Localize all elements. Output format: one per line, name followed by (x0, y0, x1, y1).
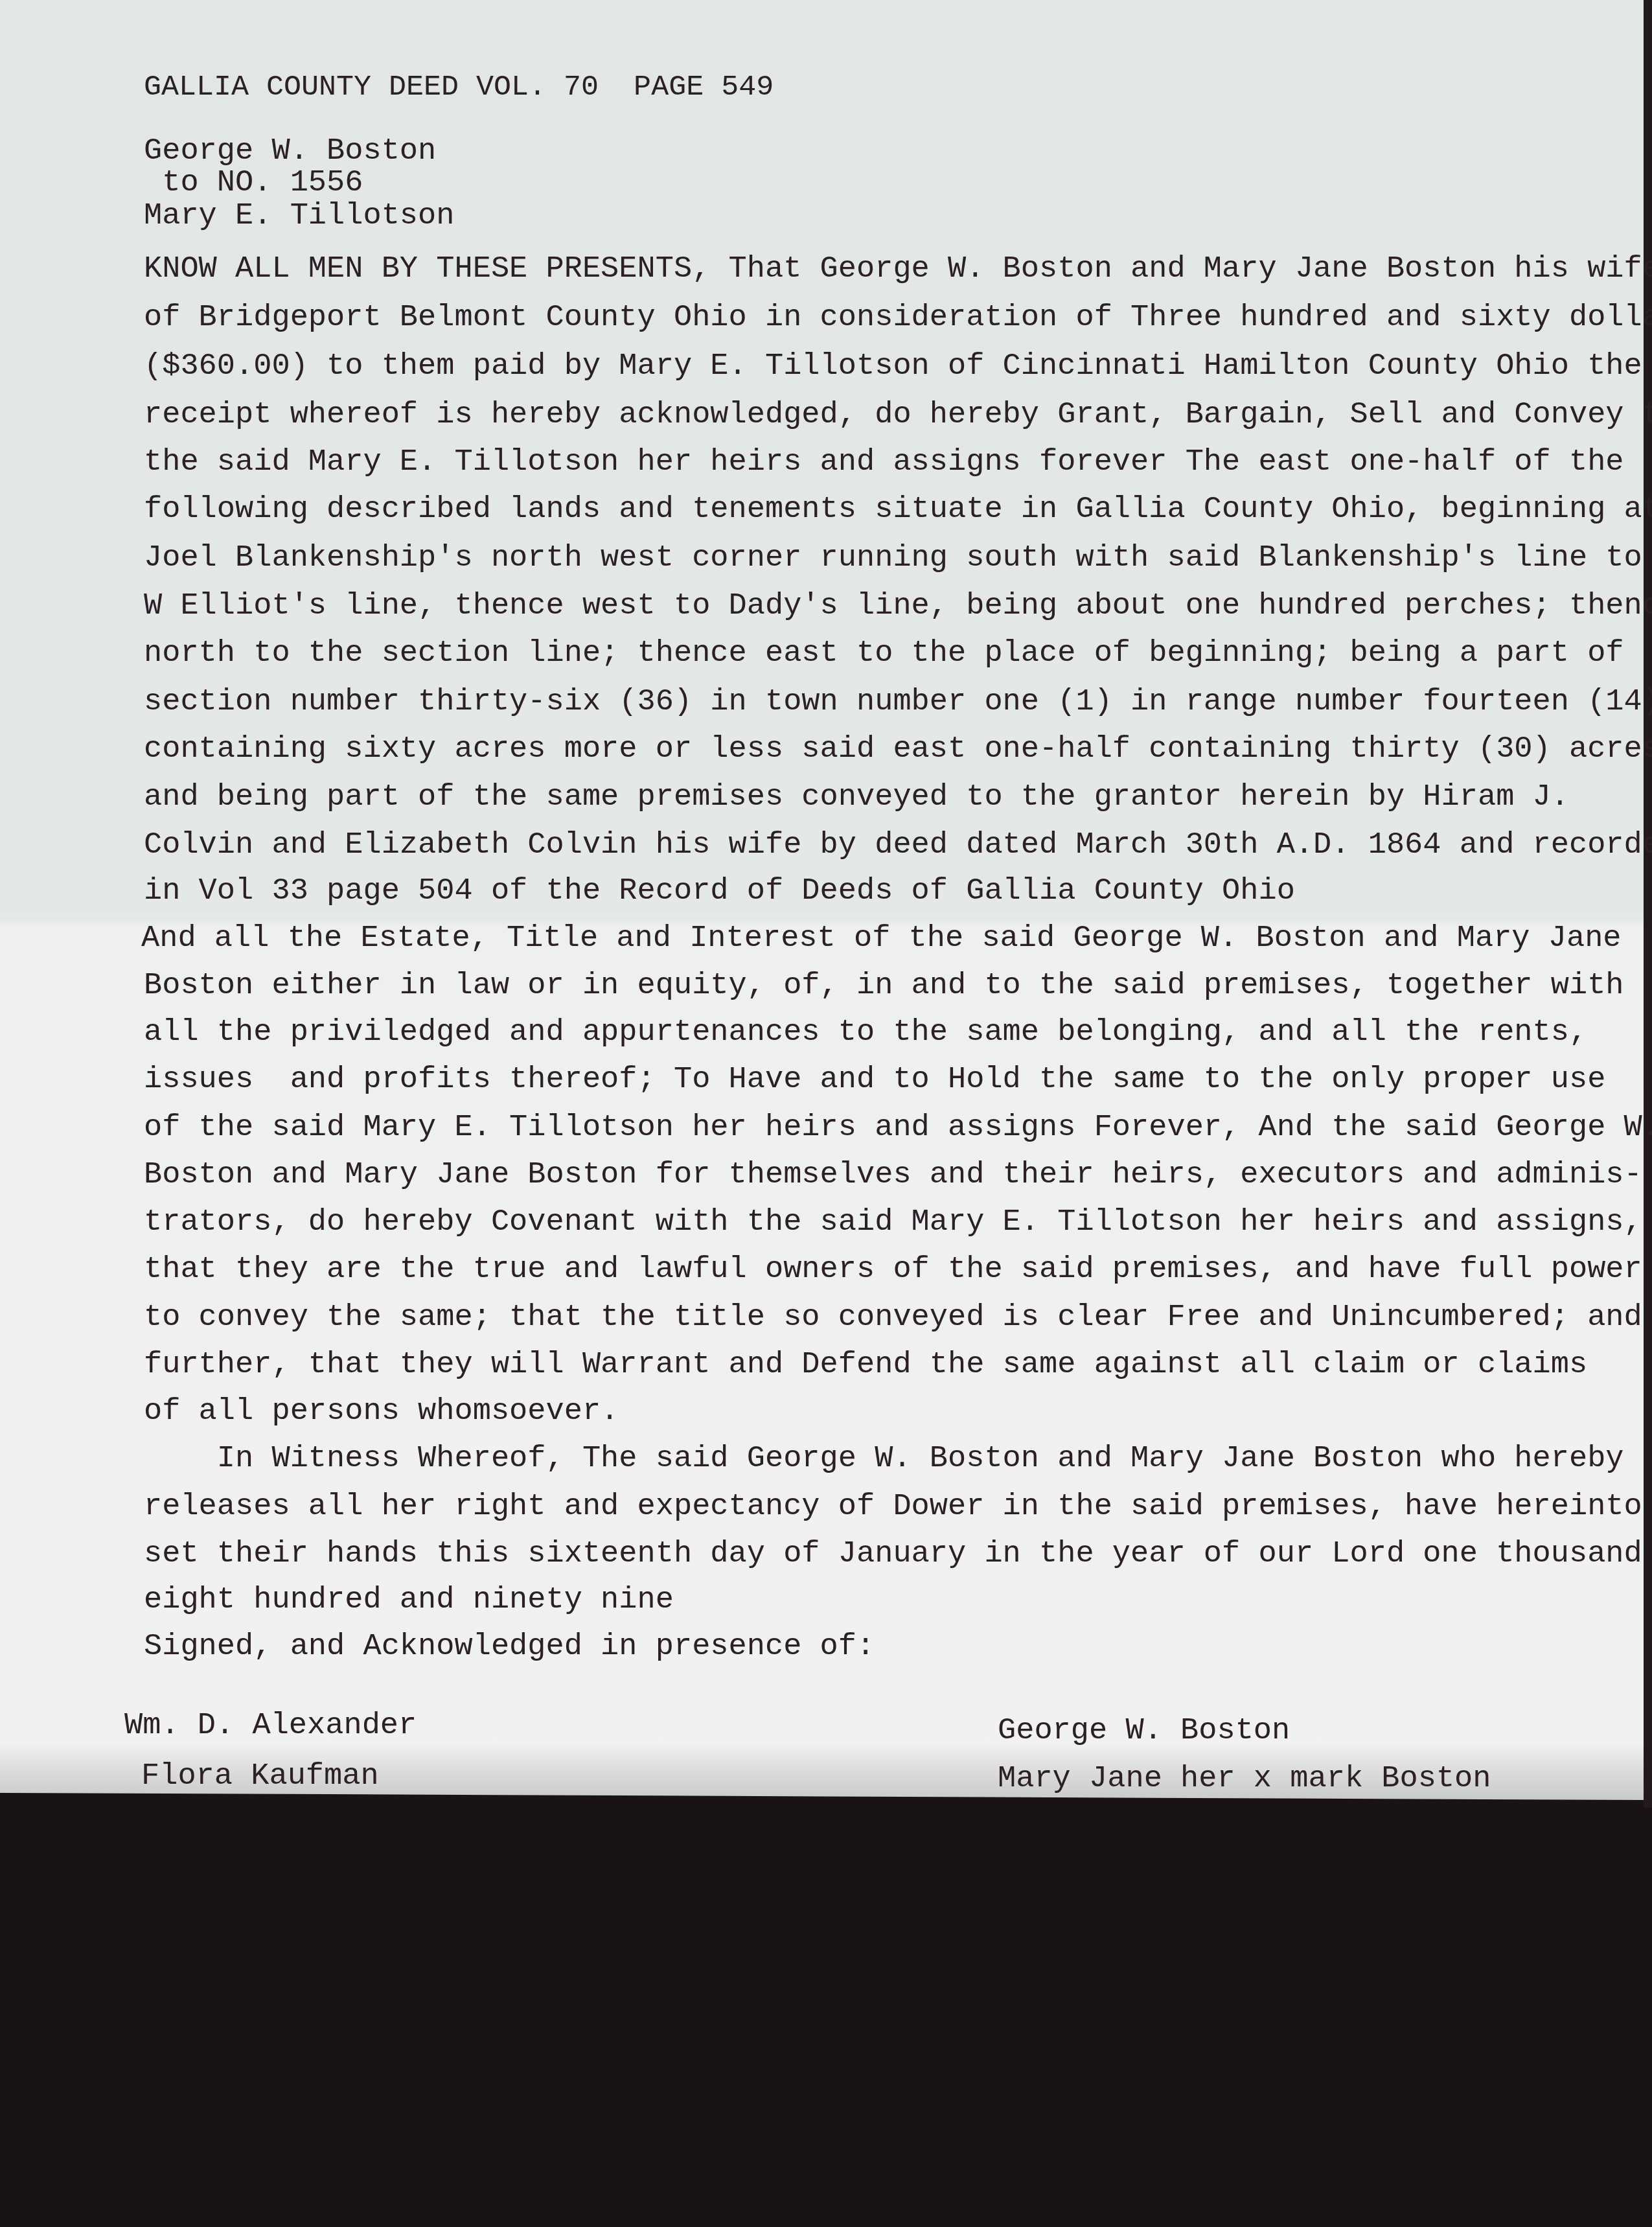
deed-body-line: and being part of the same premises conv… (144, 782, 1569, 813)
witness-2: Flora Kaufman (141, 1761, 379, 1792)
deed-body-line: of Bridgeport Belmont County Ohio in con… (144, 303, 1652, 333)
deed-body-line: set their hands this sixteenth day of Ja… (144, 1539, 1642, 1569)
deed-body-line: releases all her right and expectancy of… (144, 1492, 1642, 1522)
deed-body-line: Signed, and Acknowledged in presence of: (144, 1632, 875, 1662)
deed-body-line: to convey the same; that the title so co… (144, 1302, 1642, 1333)
deed-body-line: section number thirty-six (36) in town n… (144, 687, 1652, 717)
deed-header: GALLIA COUNTY DEED VOL. 70 PAGE 549 (144, 73, 774, 102)
deed-body-line: the said Mary E. Tillotson her heirs and… (144, 447, 1624, 478)
deed-body-line: KNOW ALL MEN BY THESE PRESENTS, That Geo… (144, 254, 1652, 284)
deed-body-line: receipt whereof is hereby acknowledged, … (144, 400, 1652, 430)
deed-body-line: of the said Mary E. Tillotson her heirs … (144, 1113, 1652, 1143)
grantee-name: Mary E. Tillotson (144, 201, 454, 231)
deed-body-line: north to the section line; thence east t… (144, 638, 1624, 669)
deed-body-line: of all persons whomsoever. (144, 1396, 619, 1427)
deed-body-line: further, that they will Warrant and Defe… (144, 1350, 1587, 1380)
signatory-2: Mary Jane her x mark Boston (998, 1764, 1491, 1794)
deed-body-line: Boston and Mary Jane Boston for themselv… (144, 1160, 1642, 1190)
witness-1: Wm. D. Alexander (124, 1711, 417, 1741)
deed-text: GALLIA COUNTY DEED VOL. 70 PAGE 549 Geor… (0, 0, 36, 426)
deed-body-line: issues and profits thereof; To Have and … (144, 1065, 1605, 1095)
deed-body-line: all the priviledged and appurtenances to… (144, 1017, 1587, 1048)
signatory-1: George W. Boston (998, 1716, 1290, 1746)
deed-body-line: Joel Blankenship's north west corner run… (144, 543, 1642, 573)
deed-number: to NO. 1556 (144, 168, 363, 198)
deed-body-line: eight hundred and ninety nine (144, 1585, 674, 1615)
deed-body-line: Colvin and Elizabeth Colvin his wife by … (144, 830, 1652, 860)
deed-body-line: trators, do hereby Covenant with the sai… (144, 1207, 1642, 1238)
deed-body-line: Boston either in law or in equity, of, i… (144, 971, 1624, 1001)
deed-body-line: ($360.00) to them paid by Mary E. Tillot… (144, 351, 1642, 382)
deed-body-line: that they are the true and lawful owners… (144, 1254, 1642, 1285)
deed-body-line: containing sixty acres more or less said… (144, 734, 1652, 765)
deed-body-line: W Elliot's line, thence west to Dady's l… (144, 591, 1652, 621)
deed-body-line: In Witness Whereof, The said George W. B… (144, 1444, 1624, 1474)
grantor-name: George W. Boston (144, 136, 436, 167)
deed-body-line: And all the Estate, Title and Interest o… (141, 923, 1622, 954)
deed-body-line: in Vol 33 page 504 of the Record of Deed… (144, 876, 1295, 906)
deed-body-line: following described lands and tenements … (144, 494, 1652, 525)
